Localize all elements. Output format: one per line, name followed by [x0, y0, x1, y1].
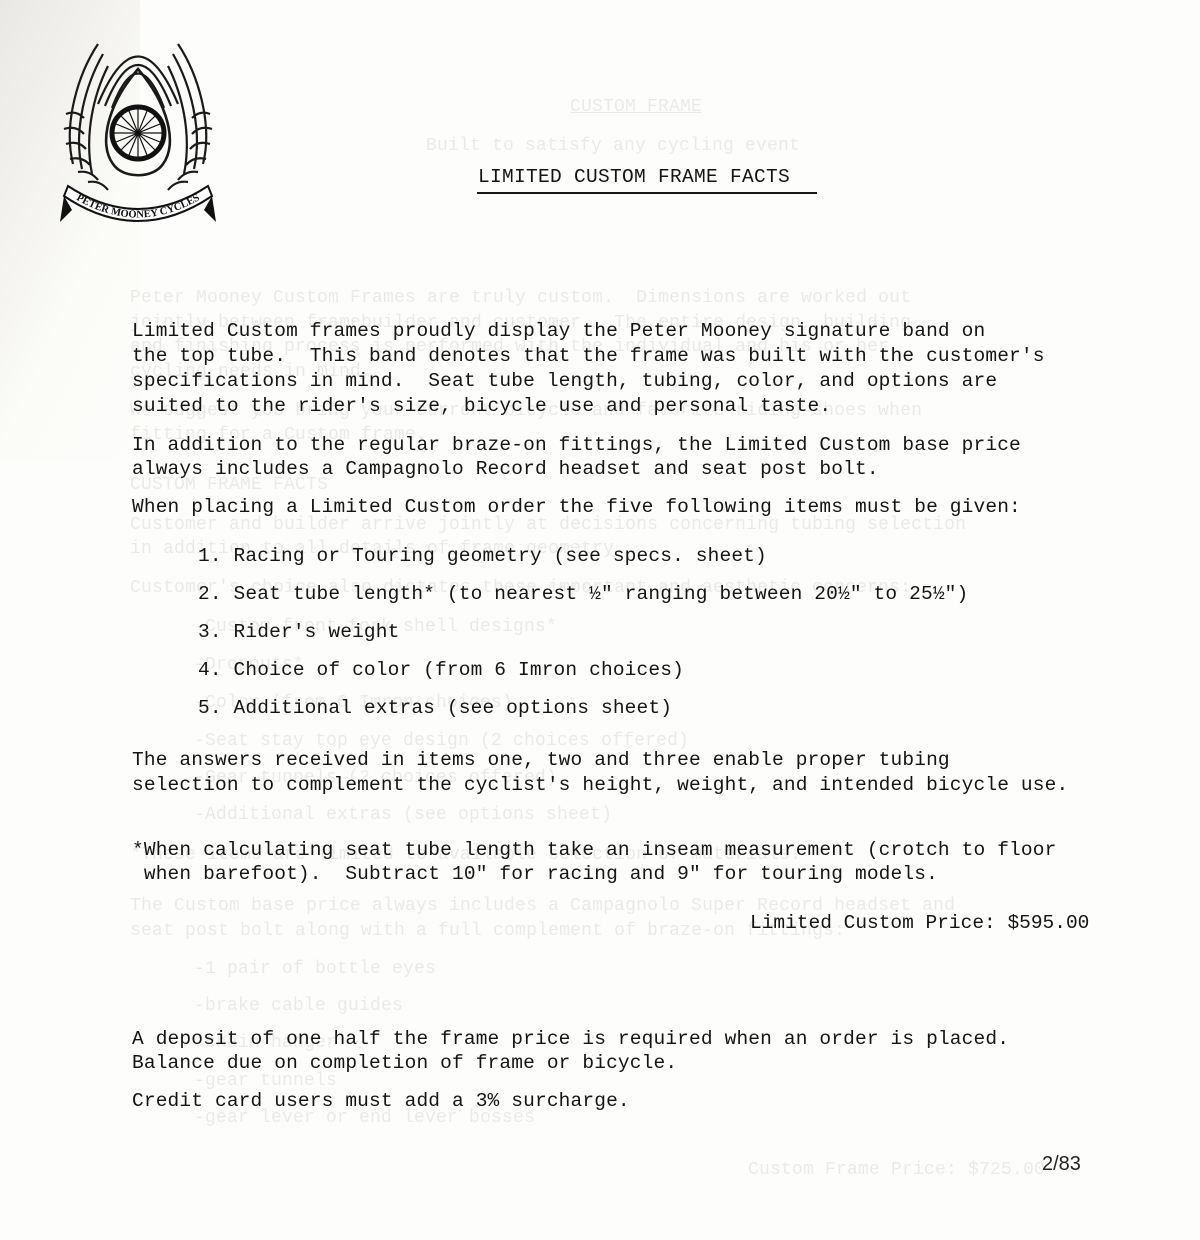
list-item: 5. Additional extras (see options sheet) — [198, 697, 672, 719]
fittings-line: always includes a Campagnolo Record head… — [132, 457, 879, 482]
document-title: LIMITED CUSTOM FRAME FACTS — [478, 166, 790, 188]
list-item: 3. Rider's weight — [198, 621, 399, 643]
banner-text: PETER MOONEY CYCLES — [74, 192, 201, 220]
answers-line: The answers received in items one, two a… — [132, 748, 950, 773]
list-item: 1. Racing or Touring geometry (see specs… — [198, 545, 767, 567]
ghost-line: Custom Frame Price: $725.00 — [748, 1160, 1045, 1180]
deposit-line: A deposit of one half the frame price is… — [132, 1027, 1009, 1052]
intro-line: Limited Custom frames proudly display th… — [132, 319, 985, 344]
ghost-line: seat post bolt along with a full complem… — [130, 921, 845, 941]
fittings-line: In addition to the regular braze-on fitt… — [132, 433, 1021, 458]
price-label: Limited Custom Price: — [750, 912, 996, 934]
order-lead: When placing a Limited Custom order the … — [132, 495, 1021, 520]
intro-line: suited to the rider's size, bicycle use … — [132, 394, 831, 419]
ghost-line: -1 pair of bottle eyes — [194, 959, 436, 979]
ghost-line: -brake cable guides — [194, 996, 403, 1016]
winged-wheel-emblem-icon: PETER MOONEY CYCLES — [58, 14, 218, 226]
page-code: 2/83 — [1042, 1153, 1081, 1176]
ghost-line: Peter Mooney Custom Frames are truly cus… — [130, 288, 911, 308]
svg-text:PETER MOONEY CYCLES: PETER MOONEY CYCLES — [74, 192, 201, 220]
surcharge-note: Credit card users must add a 3% surcharg… — [132, 1089, 630, 1114]
footnote-line: *When calculating seat tube length take … — [132, 838, 1056, 863]
intro-line: the top tube. This band denotes that the… — [132, 344, 1045, 369]
ghost-line: Built to satisfy any cycling event — [426, 136, 800, 156]
ghost-heading: CUSTOM FRAME — [570, 97, 702, 117]
intro-line: specifications in mind. Seat tube length… — [132, 369, 997, 394]
ghost-line: -Additional extras (see options sheet) — [194, 805, 612, 825]
answers-line: selection to complement the cyclist's he… — [132, 773, 1068, 798]
title-underline — [477, 192, 817, 194]
deposit-line: Balance due on completion of frame or bi… — [132, 1051, 677, 1076]
list-item: 2. Seat tube length* (to nearest ½" rang… — [198, 583, 968, 605]
footnote-line: when barefoot). Subtract 10" for racing … — [132, 862, 938, 887]
price-line: Limited Custom Price: $595.00 — [750, 912, 1089, 934]
list-item: 4. Choice of color (from 6 Imron choices… — [198, 659, 684, 681]
price-value: $595.00 — [1007, 912, 1089, 934]
